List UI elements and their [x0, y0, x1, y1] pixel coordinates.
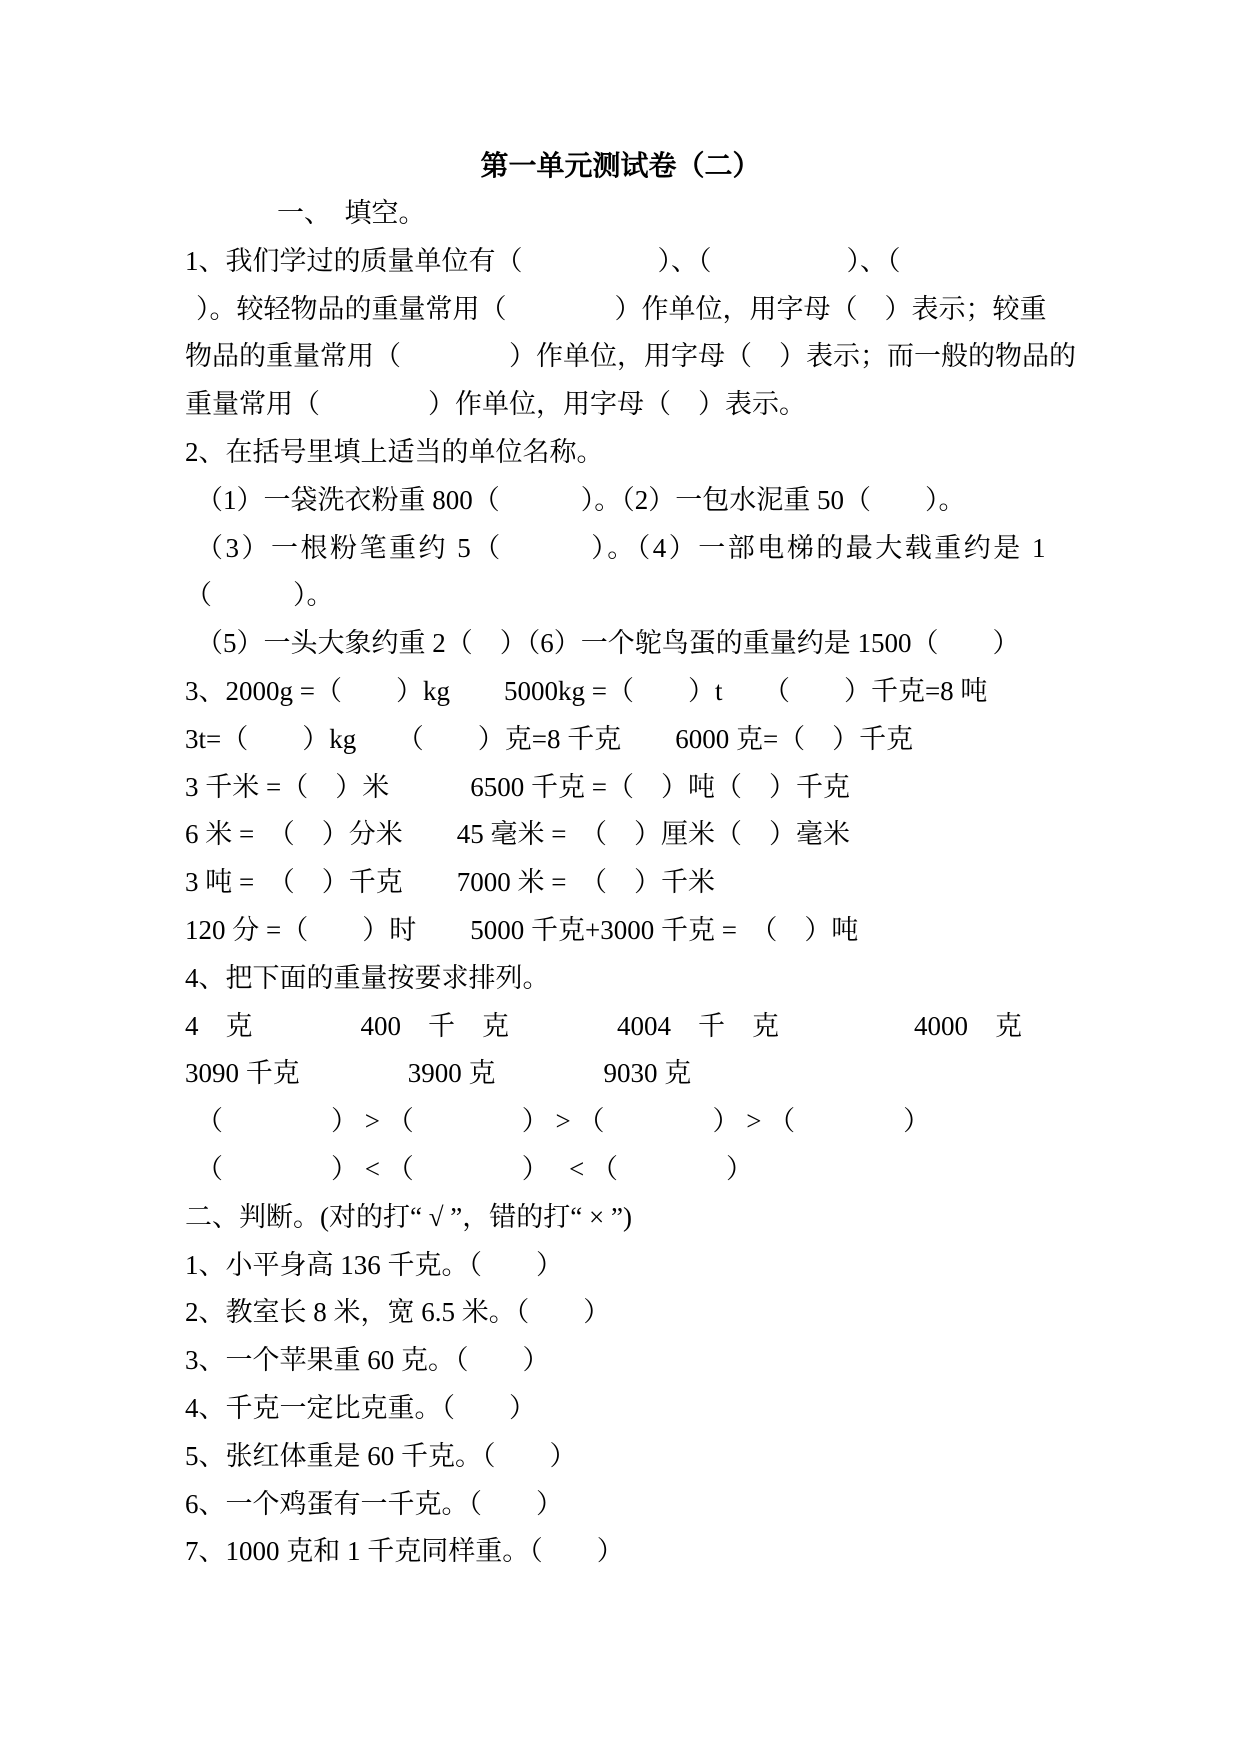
text-line: 4、把下面的重量按要求排列。: [185, 955, 1185, 1003]
text-line: 3t=（ ）kg （ ）克=8 千克 6000 克=（ ）千克: [185, 716, 1185, 764]
text-line: （ ） < （ ） < （ ）: [185, 1146, 1185, 1194]
text-line: 3、2000g =（ ）kg 5000kg =（ ）t （ ）千克=8 吨: [185, 668, 1185, 716]
text-line: 2、教室长 8 米，宽 6.5 米。（ ）: [185, 1289, 1185, 1337]
text-line: 6、一个鸡蛋有一千克。（ ）: [185, 1481, 1185, 1529]
text-line: （ ） > （ ） > （ ） > （ ）: [185, 1098, 1185, 1146]
text-line: 6 米 = （ ）分米 45 毫米 = （ ）厘米（ ）毫米: [185, 811, 1185, 859]
text-line: 3 千米 =（ ）米 6500 千克 =（ ）吨（ ）千克: [185, 764, 1185, 812]
text-line: 重量常用（ ）作单位，用字母（ ）表示。: [185, 381, 1185, 429]
text-line: （3）一根粉笔重约 5（ ）。（4）一部电梯的最大载重约是 1: [185, 525, 1185, 573]
text-line: 120 分 =（ ）时 5000 千克+3000 千克 = （ ）吨: [185, 907, 1185, 955]
text-line: 5、张红体重是 60 千克。（ ）: [185, 1433, 1185, 1481]
doc-title: 第一单元测试卷（二）: [0, 147, 1241, 187]
text-line: 1、我们学过的质量单位有（ ）、（ ）、（: [185, 238, 1185, 286]
text-line: 物品的重量常用（ ）作单位，用字母（ ）表示；而一般的物品的: [185, 333, 1185, 381]
text-line: 3090 千克 3900 克 9030 克: [185, 1050, 1185, 1098]
text-line: 3 吨 = （ ）千克 7000 米 = （ ）千米: [185, 859, 1185, 907]
text-line: 3、一个苹果重 60 克。（ ）: [185, 1337, 1185, 1385]
text-line: （5）一头大象约重 2（ ）（6）一个鸵鸟蛋的重量约是 1500（ ）: [185, 620, 1185, 668]
text-line: 4 克 400 千 克 4004 千 克 4000 克: [185, 1003, 1185, 1051]
text-line: 一、 填空。: [185, 190, 1185, 238]
text-line: 2、在括号里填上适当的单位名称。: [185, 429, 1185, 477]
text-line: （1）一袋洗衣粉重 800（ ）。（2）一包水泥重 50（ ）。: [185, 477, 1185, 525]
text-line: （ ）。: [185, 572, 1185, 620]
text-line: 二、判断。(对的打“ √ ”，错的打“ × ”): [185, 1194, 1185, 1242]
text-line: 4、千克一定比克重。（ ）: [185, 1385, 1185, 1433]
text-line: 1、小平身高 136 千克。（ ）: [185, 1242, 1185, 1290]
text-line: ）。较轻物品的重量常用（ ）作单位，用字母（ ）表示；较重: [185, 286, 1185, 334]
page: 第一单元测试卷（二） 一、 填空。1、我们学过的质量单位有（ ）、（ ）、（）。…: [0, 0, 1241, 1754]
text-line: 7、1000 克和 1 千克同样重。（ ）: [185, 1528, 1185, 1576]
doc-body: 一、 填空。1、我们学过的质量单位有（ ）、（ ）、（）。较轻物品的重量常用（ …: [185, 190, 1185, 1576]
